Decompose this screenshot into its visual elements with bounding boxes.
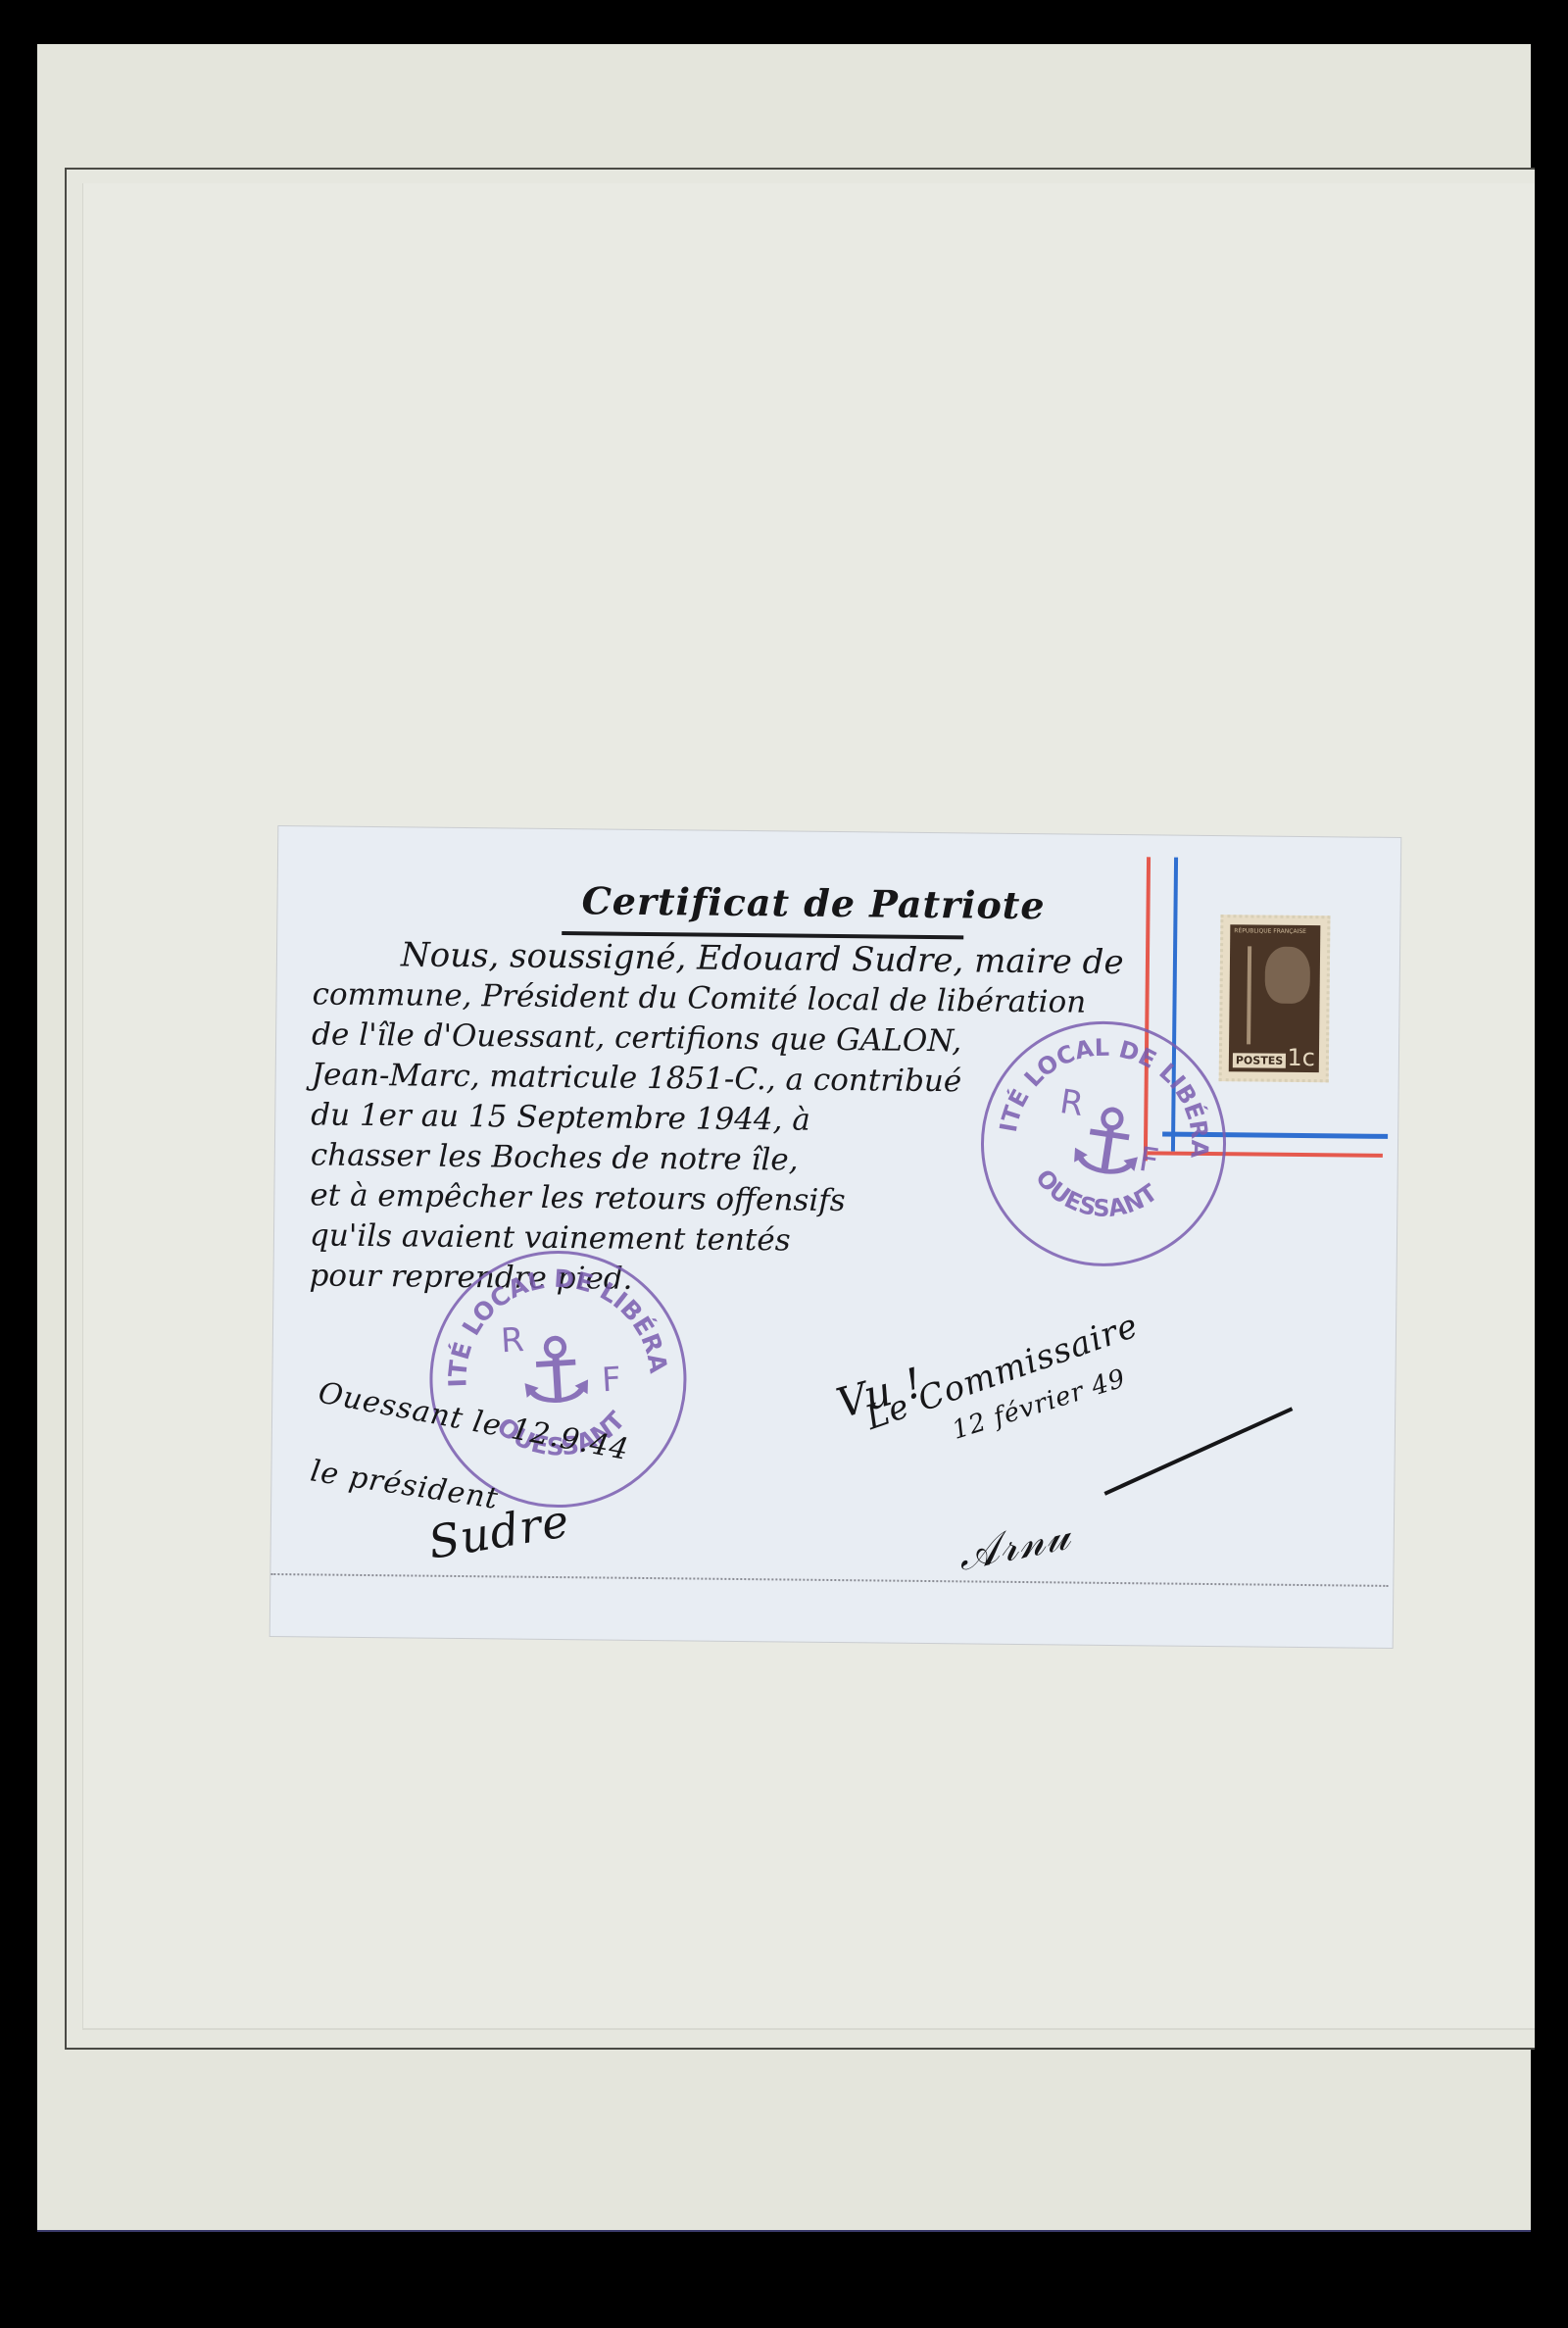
anchor-icon: ⚓ xyxy=(513,1320,599,1423)
commissaire-signature: 𝒜𝓇𝓃𝓊 xyxy=(954,1510,1075,1581)
caduceus-icon xyxy=(1247,946,1251,1044)
liberation-committee-cachet: COMITÉ LOCAL DE LIBÉRATION OUESSANT R F … xyxy=(964,1005,1244,1284)
album-page: Certificat de Patriote Nous, soussigné, … xyxy=(37,44,1531,2232)
mercury-head-icon xyxy=(1265,947,1311,1004)
liberation-committee-cachet: COMITÉ LOCAL DE LIBÉRATION OUESSANT R F … xyxy=(422,1244,694,1515)
signature-flourish xyxy=(1103,1407,1293,1495)
liberation-certificate-card: Certificat de Patriote Nous, soussigné, … xyxy=(270,826,1401,1648)
dotted-line xyxy=(270,1573,1388,1587)
stamp-label: POSTES xyxy=(1233,1053,1286,1068)
anchor-icon: ⚓ xyxy=(1060,1088,1155,1197)
stamp-design: RÉPUBLIQUE FRANÇAISE POSTES 1c xyxy=(1229,924,1321,1072)
cachet-initial-f: F xyxy=(601,1360,622,1400)
stamp-country: RÉPUBLIQUE FRANÇAISE xyxy=(1234,927,1306,935)
certificate-title: Certificat de Patriote xyxy=(581,878,1045,927)
stamp-value: 1c xyxy=(1287,1046,1315,1069)
